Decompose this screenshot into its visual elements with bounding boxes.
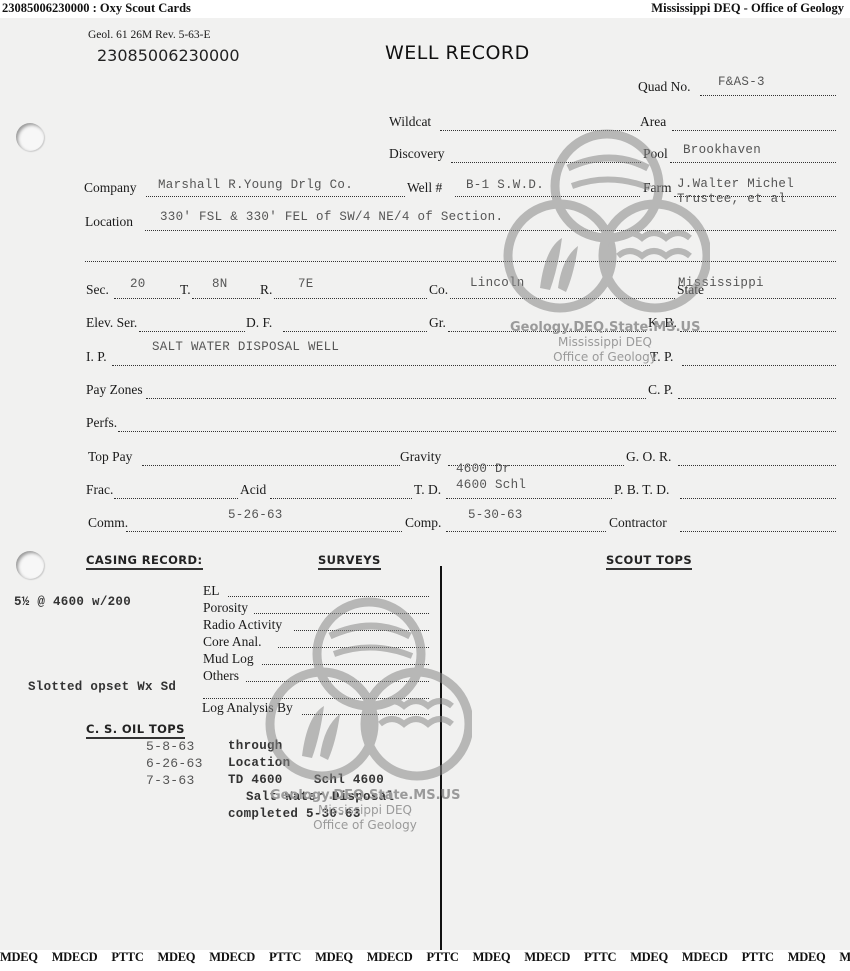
df-line: [283, 331, 427, 332]
footer-item: PTTC: [111, 950, 143, 965]
tp-line: [682, 365, 836, 366]
footer-item: MDECD: [209, 950, 255, 965]
mdeq-logo-watermark-icon: [262, 596, 472, 786]
casing-record-line: 5½ @ 4600 w/200: [14, 595, 131, 609]
footer-item: MDEQ: [788, 950, 826, 965]
scout-tops-heading: SCOUT TOPS: [606, 553, 692, 570]
cp-label: C. P.: [648, 382, 673, 398]
page-header: 23085006230000 : Oxy Scout Cards Mississ…: [0, 0, 850, 18]
ip-label: I. P.: [86, 349, 107, 365]
gor-label: G. O. R.: [626, 449, 671, 465]
surveys-heading: SURVEYS: [318, 553, 381, 570]
agency-title: Mississippi DEQ - Office of Geology: [651, 1, 844, 16]
location-continuation-line: [85, 261, 836, 262]
footer-item: MDEQ: [630, 950, 668, 965]
location-label: Location: [85, 214, 133, 230]
df-label: D. F.: [246, 315, 272, 331]
company-line: [146, 196, 405, 197]
watermark-agency: Mississippi DEQ: [510, 335, 700, 349]
watermark-office: Office of Geology: [270, 818, 460, 832]
survey-others-label: Others: [203, 668, 239, 684]
top-pay-line: [142, 465, 400, 466]
perfs-line: [118, 431, 836, 432]
frac-line: [114, 498, 238, 499]
sec-line: [114, 298, 180, 299]
ip-value: SALT WATER DISPOSAL WELL: [152, 340, 339, 354]
footer-item: MDEQ: [0, 950, 38, 965]
td-driller-value: 4600 Dr: [456, 462, 511, 476]
quad-no-line: [700, 95, 836, 96]
form-number: Geol. 61 26M Rev. 5-63-E: [88, 29, 211, 41]
watermark-agency: Mississippi DEQ: [270, 803, 460, 817]
range-line: [274, 298, 427, 299]
contractor-line: [680, 531, 836, 532]
footer-item: PTTC: [584, 950, 616, 965]
elev-ser-label: Elev. Ser.: [86, 315, 137, 331]
quad-no-label: Quad No.: [638, 79, 691, 95]
location-line: [145, 230, 836, 231]
page-footer: MDEQMDECDPTTCMDEQMDECDPTTCMDEQMDECDPTTCM…: [0, 950, 850, 971]
township-value: 8N: [212, 277, 228, 291]
oil-tops-date: 7-3-63: [146, 773, 195, 788]
well-no-label: Well #: [407, 180, 442, 196]
watermark-office: Office of Geology: [510, 350, 700, 364]
gr-label: Gr.: [429, 315, 446, 331]
cp-line: [678, 398, 836, 399]
watermark-url: Geology.DEQ.State.MS.US: [510, 320, 700, 335]
acid-line: [270, 498, 412, 499]
pbtd-line: [680, 498, 836, 499]
api-number: 23085006230000: [97, 46, 240, 65]
contractor-label: Contractor: [609, 515, 667, 531]
comp-label: Comp.: [405, 515, 441, 531]
company-label: Company: [84, 180, 137, 196]
pay-zones-label: Pay Zones: [86, 382, 143, 398]
gravity-label: Gravity: [400, 449, 441, 465]
cs-oil-tops-heading: C. S. OIL TOPS: [86, 722, 185, 739]
comp-line: [446, 531, 606, 532]
ip-line: [112, 365, 650, 366]
footer-item: MDEQ: [473, 950, 511, 965]
range-label: R.: [260, 282, 272, 298]
survey-el-label: EL: [203, 583, 220, 599]
page-title: WELL RECORD: [385, 42, 530, 64]
oil-tops-date: 5-8-63: [146, 739, 195, 754]
comp-value: 5-30-63: [468, 508, 523, 522]
survey-porosity-label: Porosity: [203, 600, 248, 616]
td-label: T. D.: [414, 482, 441, 498]
footer-item: MDECD: [682, 950, 728, 965]
comm-line: [126, 531, 402, 532]
state-line: [707, 298, 836, 299]
footer-item: MDECD: [839, 950, 850, 965]
township-label: T.: [180, 282, 191, 298]
township-line: [192, 298, 260, 299]
footer-item: MDEQ: [315, 950, 353, 965]
pbtd-label: P. B. T. D.: [614, 482, 669, 498]
pay-zones-line: [146, 398, 646, 399]
wildcat-label: Wildcat: [389, 114, 431, 130]
footer-item: MDECD: [367, 950, 413, 965]
td-value: 4600 Schl: [456, 478, 526, 492]
kb-line: [680, 331, 836, 332]
td-line: [446, 498, 612, 499]
county-label: Co.: [429, 282, 448, 298]
survey-mud-log-label: Mud Log: [203, 651, 254, 667]
quad-no-value: F&AS-3: [718, 75, 765, 89]
footer-item: PTTC: [427, 950, 459, 965]
well-record-card: Geol. 61 26M Rev. 5-63-E 23085006230000 …: [0, 18, 850, 950]
footer-item: MDEQ: [158, 950, 196, 965]
perfs-label: Perfs.: [86, 415, 117, 431]
casing-record-line: Slotted opset Wx Sd: [28, 680, 176, 694]
sec-value: 20: [130, 277, 146, 291]
top-pay-label: Top Pay: [88, 449, 132, 465]
survey-core-anal-label: Core Anal.: [203, 634, 262, 650]
discovery-label: Discovery: [389, 146, 444, 162]
gor-line: [678, 465, 836, 466]
casing-record-heading: CASING RECORD:: [86, 553, 203, 570]
company-value: Marshall R.Young Drlg Co.: [158, 178, 353, 192]
punch-hole-icon: [16, 123, 44, 151]
footer-item: MDECD: [52, 950, 98, 965]
comm-label: Comm.: [88, 515, 128, 531]
sec-label: Sec.: [86, 282, 109, 298]
acid-label: Acid: [240, 482, 266, 498]
footer-item: PTTC: [742, 950, 774, 965]
oil-tops-date: 6-26-63: [146, 756, 203, 771]
mdeq-logo-watermark-icon: [500, 128, 710, 318]
frac-label: Frac.: [86, 482, 113, 498]
elev-ser-line: [139, 331, 245, 332]
footer-item: MDECD: [524, 950, 570, 965]
document-id-title: 23085006230000 : Oxy Scout Cards: [2, 1, 191, 16]
range-value: 7E: [298, 277, 314, 291]
location-value: 330' FSL & 330' FEL of SW/4 NE/4 of Sect…: [160, 210, 503, 224]
footer-item: PTTC: [269, 950, 301, 965]
punch-hole-icon: [16, 551, 44, 579]
watermark-url: Geology.DEQ.State.MS.US: [270, 788, 460, 803]
comm-value: 5-26-63: [228, 508, 283, 522]
